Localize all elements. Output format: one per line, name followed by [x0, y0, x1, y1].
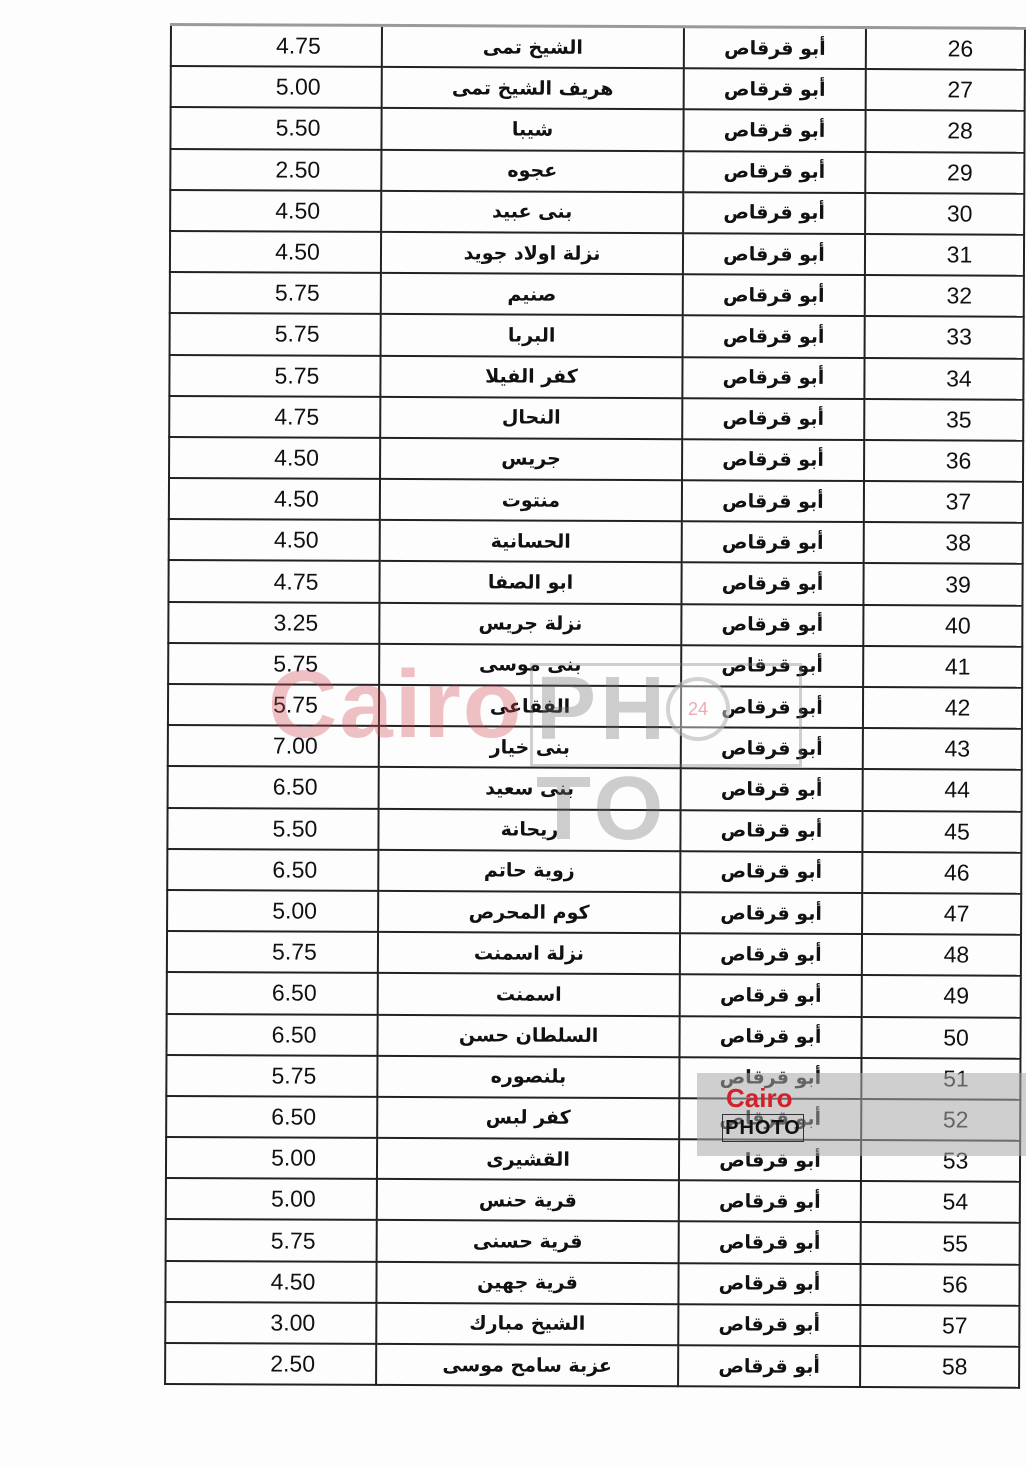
cell-center: أبو قرقاص	[682, 357, 864, 399]
cell-index: 57	[860, 1305, 1019, 1347]
table-row: 5.00القشيرىأبو قرقاص53	[166, 1137, 1020, 1182]
cell-index: 37	[864, 481, 1023, 523]
cell-value: 4.50	[165, 1261, 376, 1303]
cell-center: أبو قرقاص	[678, 1304, 860, 1346]
cell-index: 50	[861, 1017, 1020, 1059]
cell-value: 4.75	[168, 560, 379, 602]
cell-value: 5.75	[166, 1219, 377, 1261]
cell-index: 53	[861, 1140, 1020, 1182]
table-row: 5.50شيباأبو قرقاص28	[170, 107, 1024, 152]
cell-village: بنى عبيد	[381, 191, 683, 234]
cell-village: بنى سعيد	[379, 767, 681, 810]
cell-center: أبو قرقاص	[683, 151, 865, 193]
cell-center: أبو قرقاص	[680, 933, 862, 975]
cell-center: أبو قرقاص	[683, 192, 865, 234]
cell-index: 58	[860, 1346, 1019, 1388]
cell-center: أبو قرقاص	[681, 727, 863, 769]
table-row: 6.50زوية حاتمأبو قرقاص46	[167, 849, 1021, 894]
cell-index: 29	[865, 152, 1024, 194]
cell-index: 32	[865, 275, 1024, 317]
cell-index: 56	[860, 1264, 1019, 1306]
table-row: 5.75قرية حسنىأبو قرقاص55	[166, 1219, 1020, 1264]
cell-village: كفر لبس	[377, 1097, 679, 1140]
cell-village: البربا	[381, 314, 683, 357]
cell-center: أبو قرقاص	[680, 892, 862, 934]
cell-index: 55	[861, 1222, 1020, 1264]
cell-value: 5.00	[171, 66, 382, 108]
cell-index: 43	[863, 728, 1022, 770]
cell-index: 27	[866, 69, 1025, 111]
cell-value: 4.75	[171, 25, 382, 68]
cell-value: 4.75	[169, 396, 380, 438]
cell-village: كوم المحرص	[378, 891, 680, 934]
cell-center: أبو قرقاص	[683, 274, 865, 316]
cell-value: 3.00	[165, 1302, 376, 1344]
cell-index: 33	[865, 316, 1024, 358]
cell-village: السلطان حسن	[377, 1014, 679, 1057]
cell-center: أبو قرقاص	[682, 398, 864, 440]
cell-center: أبو قرقاص	[679, 1098, 861, 1140]
cell-value: 2.50	[165, 1343, 376, 1385]
cell-center: أبو قرقاص	[679, 1139, 861, 1181]
cell-value: 5.75	[166, 1055, 377, 1097]
cell-center: أبو قرقاص	[679, 1016, 861, 1058]
cell-value: 4.50	[169, 478, 380, 520]
cell-index: 31	[865, 234, 1024, 276]
cell-village: قرية جهين	[376, 1262, 678, 1305]
cell-index: 26	[866, 28, 1025, 70]
cell-village: القشيرى	[377, 1138, 679, 1181]
cell-center: أبو قرقاص	[683, 110, 865, 152]
cell-village: منتوت	[380, 479, 682, 522]
table-row: 4.50الحسانيةأبو قرقاص38	[169, 519, 1023, 564]
cell-index: 42	[863, 687, 1022, 729]
cell-center: أبو قرقاص	[684, 68, 866, 110]
cell-index: 34	[864, 358, 1023, 400]
table-row: 5.75نزلة اسمنتأبو قرقاص48	[167, 931, 1021, 976]
cell-index: 38	[864, 522, 1023, 564]
cell-village: ابو الصفا	[379, 561, 681, 604]
table-row: 5.00كوم المحرصأبو قرقاص47	[167, 890, 1021, 935]
scanned-document-page: 4.75الشيخ تمىأبو قرقاص265.00هريف الشيخ ت…	[0, 0, 1026, 1468]
cell-village: بنى خيار	[379, 726, 681, 769]
cell-center: أبو قرقاص	[683, 233, 865, 275]
cell-village: النحال	[380, 397, 682, 440]
cell-value: 6.50	[166, 1013, 377, 1055]
cell-village: بنى موسى	[379, 644, 681, 687]
cell-index: 52	[861, 1099, 1020, 1141]
table-row: 5.75كفر الفيلاأبو قرقاص34	[169, 355, 1023, 400]
cell-value: 2.50	[170, 149, 381, 191]
cell-value: 7.00	[168, 725, 379, 767]
cell-value: 4.50	[169, 519, 380, 561]
table-row: 4.75النحالأبو قرقاص35	[169, 396, 1023, 441]
table-row: 4.50نزلة اولاد جويدأبو قرقاص31	[170, 231, 1024, 276]
table-row: 6.50السلطان حسنأبو قرقاص50	[166, 1013, 1020, 1058]
cell-village: كفر الفيلا	[380, 355, 682, 398]
cell-value: 5.00	[166, 1178, 377, 1220]
table-row: 5.00قرية حنسأبو قرقاص54	[166, 1178, 1020, 1223]
cell-center: أبو قرقاص	[681, 563, 863, 605]
table-row: 4.75ابو الصفاأبو قرقاص39	[168, 560, 1022, 605]
cell-village: عزبة سامح موسى	[376, 1344, 678, 1387]
cell-value: 3.25	[168, 602, 379, 644]
cell-index: 28	[865, 110, 1024, 152]
table-row: 4.75الشيخ تمىأبو قرقاص26	[171, 25, 1025, 70]
cell-value: 4.50	[170, 190, 381, 232]
cell-center: أبو قرقاص	[681, 645, 863, 687]
cell-center: أبو قرقاص	[678, 1345, 860, 1387]
cell-center: أبو قرقاص	[682, 480, 864, 522]
cell-center: أبو قرقاص	[681, 604, 863, 646]
cell-index: 39	[863, 563, 1022, 605]
table-row: 6.50كفر لبسأبو قرقاص52	[166, 1096, 1020, 1141]
cell-village: اسمنت	[378, 973, 680, 1016]
cell-value: 5.50	[170, 107, 381, 149]
table-row: 3.00الشيخ مباركأبو قرقاص57	[165, 1302, 1019, 1347]
cell-village: عجوه	[381, 149, 683, 192]
cell-village: قرية حسنى	[377, 1220, 679, 1263]
cell-village: بلنصوره	[377, 1056, 679, 1099]
cell-center: أبو قرقاص	[680, 810, 862, 852]
table-row: 5.75الفقاعىأبو قرقاص42	[168, 684, 1022, 729]
cell-value: 6.50	[168, 766, 379, 808]
table-row: 3.25نزلة جريسأبو قرقاص40	[168, 602, 1022, 647]
cell-center: أبو قرقاص	[681, 769, 863, 811]
cell-village: قرية حنس	[377, 1179, 679, 1222]
cell-center: أبو قرقاص	[680, 851, 862, 893]
cell-village: جريس	[380, 438, 682, 481]
cell-center: أبو قرقاص	[683, 316, 865, 358]
cell-index: 41	[863, 646, 1022, 688]
cell-center: أبو قرقاص	[678, 1263, 860, 1305]
cell-center: أبو قرقاص	[679, 1222, 861, 1264]
cell-index: 30	[865, 193, 1024, 235]
cell-index: 47	[862, 893, 1021, 935]
cell-center: أبو قرقاص	[679, 1057, 861, 1099]
cell-index: 54	[861, 1181, 1020, 1223]
cell-village: ريحانة	[378, 808, 680, 851]
cell-value: 5.75	[168, 643, 379, 685]
cell-index: 48	[862, 934, 1021, 976]
cell-village: الحسانية	[380, 520, 682, 563]
cell-value: 5.75	[167, 931, 378, 973]
cell-village: الشيخ تمى	[382, 25, 684, 68]
cell-village: نزلة اولاد جويد	[381, 232, 683, 275]
cell-value: 4.50	[169, 437, 380, 479]
table-row: 7.00بنى خيارأبو قرقاص43	[168, 725, 1022, 770]
table-row: 5.00هريف الشيخ تمىأبو قرقاص27	[171, 66, 1025, 111]
cell-index: 44	[863, 769, 1022, 811]
cell-value: 6.50	[166, 1096, 377, 1138]
cell-center: أبو قرقاص	[681, 686, 863, 728]
cell-value: 5.75	[168, 684, 379, 726]
cell-center: أبو قرقاص	[682, 439, 864, 481]
table-row: 5.75بنى موسىأبو قرقاص41	[168, 643, 1022, 688]
table-row: 4.50بنى عبيدأبو قرقاص30	[170, 190, 1024, 235]
cell-value: 5.75	[170, 272, 381, 314]
cell-value: 4.50	[170, 231, 381, 273]
cell-value: 5.00	[167, 890, 378, 932]
table-row: 5.75صنيمأبو قرقاص32	[170, 272, 1024, 317]
cell-village: صنيم	[381, 273, 683, 316]
cell-value: 5.50	[167, 808, 378, 850]
cell-village: زوية حاتم	[378, 850, 680, 893]
cell-village: هريف الشيخ تمى	[382, 67, 684, 110]
cell-index: 51	[861, 1058, 1020, 1100]
cell-village: شيبا	[381, 108, 683, 151]
table-row: 6.50بنى سعيدأبو قرقاص44	[168, 766, 1022, 811]
cell-index: 35	[864, 399, 1023, 441]
table-row: 6.50اسمنتأبو قرقاص49	[167, 972, 1021, 1017]
table-row: 5.50ريحانةأبو قرقاص45	[167, 808, 1021, 853]
cell-value: 5.00	[166, 1137, 377, 1179]
cell-center: أبو قرقاص	[682, 521, 864, 563]
cell-village: نزلة اسمنت	[378, 932, 680, 975]
cell-value: 6.50	[167, 849, 378, 891]
cell-center: أبو قرقاص	[680, 975, 862, 1017]
cell-index: 40	[863, 605, 1022, 647]
table-row: 4.50جريسأبو قرقاص36	[169, 437, 1023, 482]
cell-village: الشيخ مبارك	[376, 1303, 678, 1346]
table-body: 4.75الشيخ تمىأبو قرقاص265.00هريف الشيخ ت…	[165, 25, 1025, 1388]
cell-index: 36	[864, 440, 1023, 482]
cell-center: أبو قرقاص	[684, 27, 866, 69]
table-row: 2.50عجوهأبو قرقاص29	[170, 149, 1024, 194]
table-row: 2.50عزبة سامح موسىأبو قرقاص58	[165, 1343, 1019, 1388]
table-row: 4.50قرية جهينأبو قرقاص56	[165, 1261, 1019, 1306]
cell-value: 6.50	[167, 972, 378, 1014]
table-row: 5.75البرباأبو قرقاص33	[170, 313, 1024, 358]
villages-table: 4.75الشيخ تمىأبو قرقاص265.00هريف الشيخ ت…	[164, 23, 1026, 1389]
cell-center: أبو قرقاص	[679, 1180, 861, 1222]
cell-village: نزلة جريس	[379, 603, 681, 646]
cell-index: 45	[862, 811, 1021, 853]
cell-value: 5.75	[170, 313, 381, 355]
cell-value: 5.75	[169, 355, 380, 397]
cell-index: 46	[862, 852, 1021, 894]
table-row: 4.50منتوتأبو قرقاص37	[169, 478, 1023, 523]
table-row: 5.75بلنصورهأبو قرقاص51	[166, 1055, 1020, 1100]
cell-index: 49	[862, 975, 1021, 1017]
cell-village: الفقاعى	[379, 685, 681, 728]
